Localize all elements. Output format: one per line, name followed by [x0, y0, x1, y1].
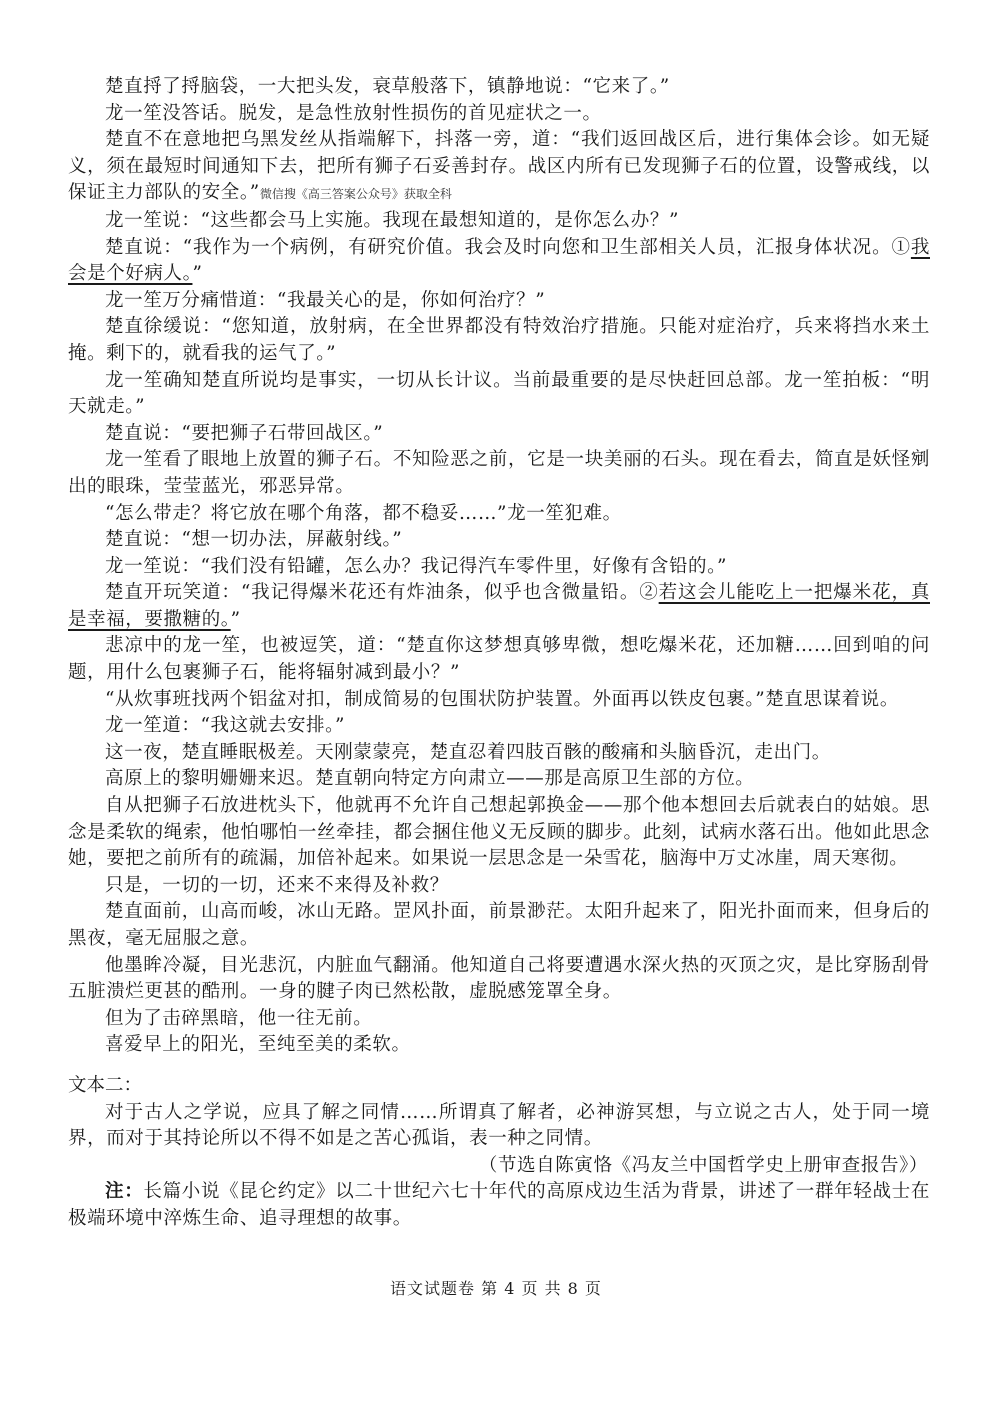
text2-body: 对于古人之学说，应具了解之同情……所谓真了解者，必神游冥想，与立说之古人，处于同… — [68, 1100, 930, 1153]
paragraph: 他墨眸冷凝，目光悲沉，内脏血气翻涌。他知道自己将要遭遇水深火热的灭顶之灾，是比穿… — [68, 953, 930, 1006]
question-marker-1: ① — [891, 237, 910, 258]
note-text: 长篇小说《昆仑约定》以二十世纪六七十年代的高原戍边生活为背景，讲述了一群年轻战士… — [68, 1181, 930, 1229]
paragraph-text: ” — [231, 609, 241, 630]
paragraph: 只是，一切的一切，还来不来得及补救？ — [68, 873, 930, 900]
paragraph: 楚直开玩笑道：“我记得爆米花还有炸油条，似乎也含微量铅。②若这会儿能吃上一把爆米… — [68, 580, 930, 633]
paragraph: 龙一笙道：“我这就去安排。” — [68, 713, 930, 740]
paragraph: 喜爱早上的阳光，至纯至美的柔软。 — [68, 1032, 930, 1059]
paragraph: 楚直面前，山高而峻，冰山无路。罡风扑面，前景渺茫。太阳升起来了，阳光扑面而来，但… — [68, 899, 930, 952]
paragraph: 楚直说：“我作为一个病例，有研究价值。我会及时向您和卫生部相关人员，汇报身体状况… — [68, 235, 930, 288]
section-title-text2: 文本二： — [68, 1073, 930, 1100]
paragraph: 龙一笙万分痛惜道：“我最关心的是，你如何治疗？” — [68, 288, 930, 315]
paragraph: 龙一笙看了眼地上放置的狮子石。不知险恶之前，它是一块美丽的石头。现在看去，简直是… — [68, 447, 930, 500]
paragraph: “从炊事班找两个铝盆对扣，制成简易的包围状防护装置。外面再以铁皮包裹。”楚直思谋… — [68, 687, 930, 714]
paragraph-text: 楚直开玩笑道：“我记得爆米花还有炸油条，似乎也含微量铅。 — [105, 582, 639, 603]
paragraph: 龙一笙说：“我们没有铅罐，怎么办？我记得汽车零件里，好像有含铅的。” — [68, 554, 930, 581]
page-footer: 语文试题卷 第 4 页 共 8 页 — [0, 1276, 992, 1299]
paragraph: 龙一笙确知楚直所说均是事实，一切从长计议。当前最重要的是尽快赶回总部。龙一笙拍板… — [68, 368, 930, 421]
paragraph: 这一夜，楚直睡眠极差。天刚蒙蒙亮，楚直忍着四肢百骸的酸痛和头脑昏沉，走出门。 — [68, 740, 930, 767]
exam-page: 楚直捋了捋脑袋，一大把头发，衰草般落下，镇静地说：“它来了。” 龙一笙没答话。脱… — [68, 74, 930, 1233]
paragraph: 楚直说：“要把狮子石带回战区。” — [68, 421, 930, 448]
paragraph: 高原上的黎明姗姗来迟。楚直朝向特定方向肃立——那是高原卫生部的方位。 — [68, 766, 930, 793]
paragraph-text: 楚直说：“我作为一个病例，有研究价值。我会及时向您和卫生部相关人员，汇报身体状况… — [105, 237, 891, 258]
paragraph: 龙一笙没答话。脱发，是急性放射性损伤的首见症状之一。 — [68, 101, 930, 128]
paragraph: 但为了击碎黑暗，他一往无前。 — [68, 1006, 930, 1033]
paragraph-text: ” — [192, 263, 202, 284]
paragraph: 楚直徐缓说：“您知道，放射病，在全世界都没有特效治疗措施。只能对症治疗，兵来将挡… — [68, 314, 930, 367]
paragraph: 楚直捋了捋脑袋，一大把头发，衰草般落下，镇静地说：“它来了。” — [68, 74, 930, 101]
note-paragraph: 注：长篇小说《昆仑约定》以二十世纪六七十年代的高原戍边生活为背景，讲述了一群年轻… — [68, 1179, 930, 1232]
watermark-text: 微信搜《高三答案公众号》获取全科 — [260, 187, 452, 201]
question-marker-2: ② — [639, 582, 658, 603]
paragraph: 龙一笙说：“这些都会马上实施。我现在最想知道的，是你怎么办？” — [68, 208, 930, 235]
paragraph: 楚直不在意地把乌黑发丝从指端解下，抖落一旁，道：“我们返回战区后，进行集体会诊。… — [68, 127, 930, 208]
paragraph-text: 楚直不在意地把乌黑发丝从指端解下，抖落一旁，道：“我们返回战区后，进行集体会诊。… — [68, 129, 930, 203]
paragraph: 悲凉中的龙一笙，也被逗笑，道：“楚直你这梦想真够卑微，想吃爆米花，还加糖……回到… — [68, 633, 930, 686]
paragraph: “怎么带走？将它放在哪个角落，都不稳妥……”龙一笙犯难。 — [68, 501, 930, 528]
text2-source: （节选自陈寅恪《冯友兰中国哲学史上册审查报告》） — [68, 1153, 930, 1180]
paragraph: 楚直说：“想一切办法，屏蔽射线。” — [68, 527, 930, 554]
paragraph: 自从把狮子石放进枕头下，他就再不允许自己想起郭换金——那个他本想回去后就表白的姑… — [68, 793, 930, 873]
note-label: 注： — [105, 1181, 143, 1202]
